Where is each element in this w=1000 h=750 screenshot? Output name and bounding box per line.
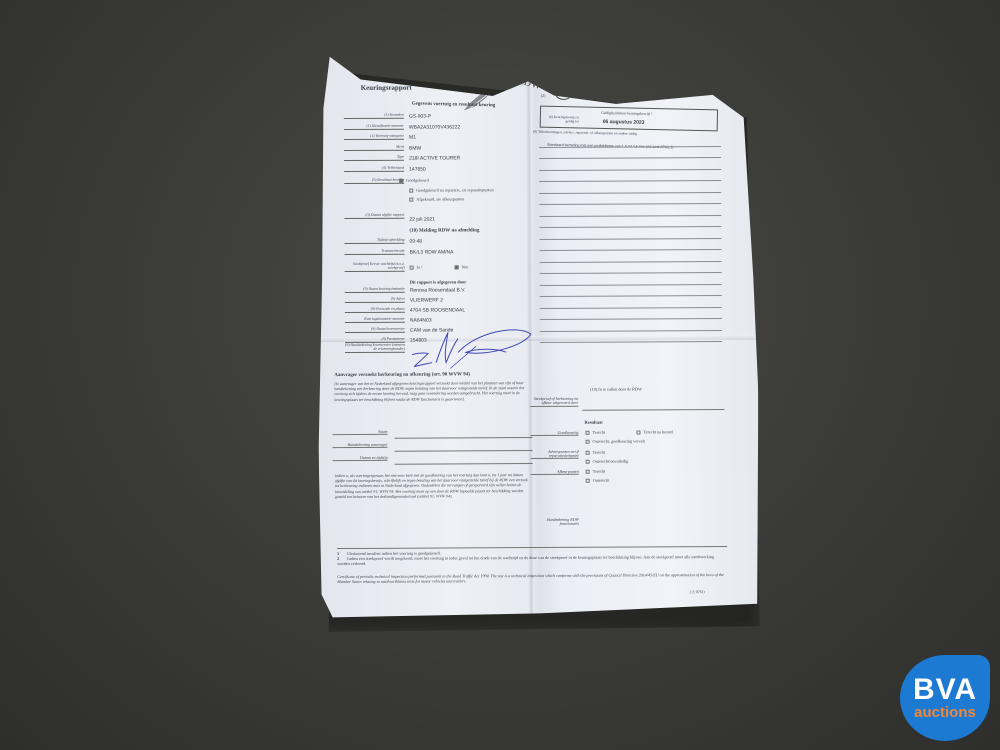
- rdw-option-label: Onterecht/onvolledig: [593, 459, 629, 464]
- remark-line: [539, 135, 721, 147]
- checkbox[interactable]: [585, 431, 589, 435]
- rdw-option-label: Terecht na herstel: [643, 429, 673, 434]
- field-label: (9) Adres: [345, 297, 405, 303]
- checkbox-option: Goedgekeurd na reparatie, zie reparatiep…: [409, 187, 493, 192]
- appeal-row-input[interactable]: [395, 437, 533, 439]
- bva-brand: BVA: [913, 675, 977, 705]
- rdw-label: RDW: [516, 75, 543, 92]
- remark-line: [540, 319, 722, 331]
- rdw-option-label: Terecht: [593, 450, 606, 455]
- field-label: Type: [344, 155, 404, 161]
- remark-line: [540, 331, 722, 343]
- validity-date: 06 augustus 2023: [603, 119, 645, 126]
- field-value: BK/L3 RDW AM/NA: [410, 249, 454, 255]
- field-label: (1) Identificatie-nummer: [344, 123, 404, 129]
- validity-box: Geldigheidsduur keuringsbewijs ¹ (6) Keu…: [540, 106, 718, 132]
- field-value: 4704 SB ROOSENDAAL: [410, 307, 465, 313]
- date-value: 22 juli 2021: [409, 217, 435, 223]
- checkbox[interactable]: [586, 479, 590, 483]
- notification-fields: Tijdstip afmelding09:48TransactiecodeBK/…: [317, 237, 532, 262]
- remark-line: [539, 147, 721, 159]
- checkbox-option: Ja ²: [410, 265, 423, 270]
- bva-auctions-watermark: BVA auctions: [900, 655, 990, 741]
- checkbox[interactable]: [399, 179, 403, 183]
- footnote: 2Indien een steekproef wordt toegekend, …: [337, 554, 727, 566]
- rdw-signature-label: Handtekening RDW functionaris: [531, 518, 579, 527]
- country-badge: NL: [555, 86, 573, 100]
- checkbox-label: Goedgekeurd na reparatie, zie reparatiep…: [416, 187, 493, 192]
- checkbox-label: Nee: [462, 264, 469, 269]
- rdw-option: Terecht: [585, 430, 605, 435]
- field-label: (1) Kenteken: [344, 113, 404, 119]
- result-label: (5) Resultaat keuring: [344, 178, 404, 184]
- field-label: (9) Postcode en plaats: [345, 307, 405, 313]
- rdw-group-label: Adviespunten en/of reparatiedvitepunt: [531, 450, 579, 460]
- steekproef-options: Ja ²Nee: [410, 264, 530, 265]
- remark-line: [539, 227, 721, 239]
- validity-heading: Geldigheidsduur keuringsbewijs ¹: [601, 111, 652, 116]
- field-label: (9) Naam keurmeester: [345, 327, 405, 333]
- rdw-section-title: (10) In te vullen door de RDW: [590, 386, 642, 391]
- remark-line: [539, 181, 721, 193]
- field-value: BMW: [409, 145, 421, 151]
- appeal-title: Aanvrager verzoekt herkeuring na afkeuri…: [334, 372, 470, 378]
- field-value: 218I ACTIVE TOURER: [409, 155, 460, 161]
- checkbox[interactable]: [586, 470, 590, 474]
- field-row: Tijdstip afmelding09:48: [317, 237, 532, 248]
- signature-label: (9) Handtekening keurmeester (namens de …: [345, 343, 405, 353]
- steekproef-row: Steekproef Eerste wachttijd (z.o.z. stee…: [318, 261, 533, 276]
- rdw-option: Onterecht/onvolledig: [586, 459, 629, 464]
- field-row: Type218I ACTIVE TOURER: [317, 154, 532, 165]
- rdw-option: Onterecht: [586, 478, 610, 483]
- remark-line: [539, 239, 721, 251]
- rdw-option: Onterecht, goedkeuring vervalt: [586, 438, 645, 443]
- rdw-result-heading: Resultaat: [584, 420, 602, 425]
- field-label: Transactiecode: [345, 249, 405, 255]
- rdw-option: Terecht: [586, 450, 606, 455]
- field-row: (1) KentekenGS-903-P: [317, 112, 532, 123]
- remark-line: [539, 204, 721, 216]
- remark-line: [540, 273, 722, 285]
- field-value: Renova Roosendaal B.V.: [410, 287, 466, 293]
- remark-line: [539, 170, 721, 182]
- field-row: (4) Tellerstand147650: [317, 165, 532, 176]
- field-label: Tijdstip afmelding: [344, 238, 404, 244]
- appeal-row-input[interactable]: [395, 463, 533, 465]
- rdw-option-label: Onterecht, goedkeuring vervalt: [593, 438, 645, 443]
- rdw-option-label: Onterecht: [593, 478, 610, 483]
- certificate-text: Certificate of periodic technical inspec…: [337, 572, 737, 584]
- field-row: TransactiecodeBK/L3 RDW AM/NA: [318, 248, 533, 259]
- notification-title: (10) Melding RDW na afmelding: [409, 228, 479, 233]
- field-value: 147650: [409, 166, 426, 172]
- appeal-row: Naam: [332, 428, 532, 439]
- field-value: GS-903-P: [409, 114, 431, 120]
- rdw-group: Goedkeuring: [530, 429, 730, 436]
- checkbox-label: Afgekeurd, zie afkeurpunten: [416, 196, 464, 201]
- remarks-lines: [539, 135, 722, 343]
- rdw-group: Adviespunten en/of reparatiedvitepunt: [531, 449, 731, 459]
- appeal-row-label: Handtekening aanvrager: [333, 442, 388, 448]
- checkbox-option: Nee: [455, 264, 469, 269]
- appeal-row-label: Naam: [332, 429, 387, 435]
- remark-line: [539, 193, 721, 205]
- appeal-row: Handtekening aanvrager: [333, 441, 533, 452]
- remark-line: [540, 285, 722, 297]
- date-row: (3) Datum afgifte rapport 22 juli 2021: [317, 212, 532, 225]
- appeal-text: De aanvrager van het in Nederland afgege…: [334, 380, 530, 402]
- vehicle-section-title: Gegevens voertuig en resultaat keuring: [412, 102, 496, 109]
- remark-line: [540, 250, 722, 262]
- checkbox-label: Goedgekeurd: [406, 178, 429, 183]
- field-row: (1) Voertuig-categorieM1: [317, 133, 532, 144]
- rdw-option-label: Terecht: [592, 430, 605, 435]
- footnotes: 1Uitsluitend invullen indien het voertui…: [337, 546, 727, 567]
- rdw-steekproef-label: Steekproef of herkeuring na afkeur uitge…: [530, 397, 578, 407]
- field-value: M1: [409, 135, 416, 141]
- steekproef-label: Steekproef Eerste wachttijd (z.o.z. stee…: [345, 262, 405, 272]
- checkbox[interactable]: [455, 265, 459, 269]
- rdw-steekproef-line: [582, 409, 724, 411]
- field-label: (1) Voertuig-categorie: [344, 134, 404, 140]
- rdw-result-groups: GoedkeuringTerechtTerecht na herstelOnte…: [530, 429, 730, 520]
- remark-line: [539, 216, 721, 228]
- field-label: Keuringsinstantie-nummer: [345, 317, 405, 323]
- form-code: 2 E 0761r: [689, 589, 705, 594]
- date-label: (3) Datum afgifte rapport: [344, 213, 404, 219]
- remark-line: [540, 262, 722, 274]
- field-value: WBA2A31070V436222: [409, 124, 460, 130]
- rdw-group: Afkeurpunten: [531, 468, 731, 475]
- country-code-label: (2): [541, 93, 546, 98]
- rdw-group-label: Afkeurpunten: [531, 470, 579, 475]
- vehicle-fields: (1) KentekenGS-903-P(1) Identificatie-nu…: [317, 112, 532, 173]
- inspector-signature: [406, 322, 536, 373]
- checkbox[interactable]: [409, 198, 413, 202]
- field-value: 09:48: [409, 239, 422, 245]
- rdw-group-label: Goedkeuring: [530, 431, 578, 436]
- validity-label: (6) Keuringsbewijs is geldig tot: [543, 116, 579, 124]
- inspection-report-paper: Keuringsrapport RDW (2) NL Gegevens voer…: [317, 49, 760, 623]
- appeal-sign-rows: NaamHandtekening aanvragerDatum en tijds…: [318, 428, 533, 469]
- appeal-row-input[interactable]: [395, 450, 533, 452]
- checkbox-option: Goedgekeurd: [399, 178, 429, 183]
- bva-sub: auctions: [914, 705, 976, 721]
- checkbox[interactable]: [586, 451, 590, 455]
- rdw-option: Terecht: [586, 469, 606, 474]
- checkbox-option: Afgekeurd, zie afkeurpunten: [409, 196, 464, 201]
- field-row: MerkBMW: [317, 144, 532, 155]
- owner-appeal-text: Indien u, als voertuigeigenaar, het niet…: [335, 472, 531, 499]
- checkbox[interactable]: [636, 430, 640, 434]
- rdw-option: Terecht na herstel: [636, 429, 673, 434]
- appeal-row: Datum en tijdstip: [333, 454, 533, 465]
- rdw-option-label: Terecht: [593, 469, 606, 474]
- field-label: (4) Tellerstand: [344, 165, 404, 171]
- appeal-row-label: Datum en tijdstip: [333, 455, 388, 461]
- field-label: (9) Naam keuringsinstantie: [345, 287, 405, 293]
- footnote-text: Indien een steekproef wordt toegekend, m…: [337, 554, 714, 566]
- result-options: GoedgekeurdGoedgekeurd na reparatie, zie…: [399, 177, 539, 178]
- field-value: VLIERWERF 2: [410, 297, 443, 303]
- rdw-steekproef-row: Steekproef of herkeuring na afkeur uitge…: [530, 396, 730, 415]
- result-block: (5) Resultaat keuring GoedgekeurdGoedgek…: [317, 177, 532, 212]
- checkbox[interactable]: [409, 188, 413, 192]
- issuer-title: Dit rapport is afgegeven door: [410, 279, 467, 284]
- checkbox[interactable]: [586, 440, 590, 444]
- checkbox-label: Ja ²: [417, 265, 423, 270]
- field-row: (1) Identificatie-nummerWBA2A31070V43622…: [317, 123, 532, 134]
- field-label: Merk: [344, 144, 404, 150]
- remark-line: [539, 158, 721, 170]
- remark-line: [540, 308, 722, 320]
- remark-line: [540, 296, 722, 308]
- checkbox[interactable]: [586, 460, 590, 464]
- checkbox[interactable]: [410, 266, 414, 270]
